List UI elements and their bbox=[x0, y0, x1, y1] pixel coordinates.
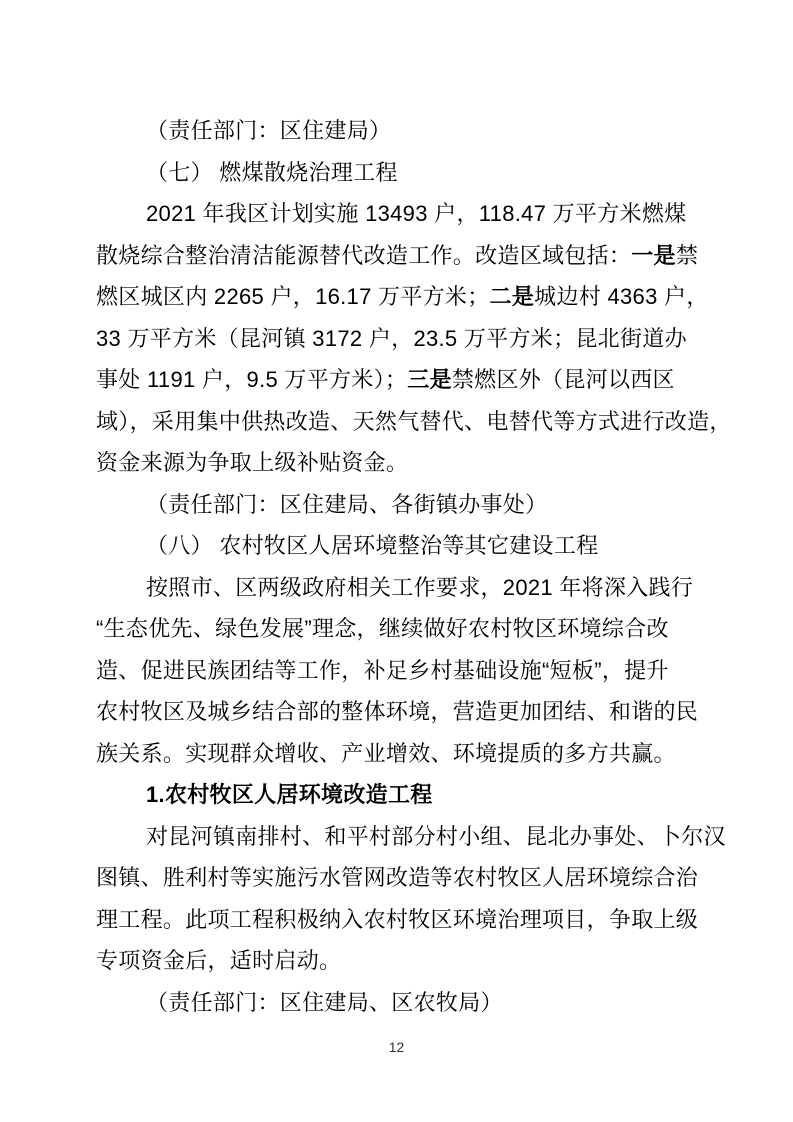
text-run: 按照市、区两级政府相关工作要求，2021 年将深入践行 bbox=[146, 575, 693, 600]
text-run: 城边村 4363 户， bbox=[534, 284, 708, 309]
responsible-dept-1: （责任部门：区住建局） bbox=[96, 110, 702, 152]
para-coal-burning-plan: 2021 年我区计划实施 13493 户，118.47 万平方米燃煤散烧综合整治… bbox=[96, 193, 702, 484]
text-line: 族关系。实现群众增收、产业增效、环境提质的多方共赢。 bbox=[96, 733, 702, 775]
text-run: 域），采用集中供热改造、天然气替代、电替代等方式进行改造， bbox=[96, 409, 732, 434]
document-page: （责任部门：区住建局）（七） 燃煤散烧治理工程2021 年我区计划实施 1349… bbox=[0, 0, 793, 1122]
text-run: 族关系。实现群众增收、产业增效、环境提质的多方共赢。 bbox=[96, 741, 676, 766]
responsible-dept-3: （责任部门：区住建局、区农牧局） bbox=[96, 982, 702, 1024]
text-line: （责任部门：区住建局、区农牧局） bbox=[96, 982, 702, 1024]
text-line: 资金来源为争取上级补贴资金。 bbox=[96, 442, 702, 484]
text-run: “生态优先、绿色发展”理念，继续做好农村牧区环境综合改 bbox=[96, 616, 669, 641]
text-run: 对昆河镇南排村、和平村部分村小组、昆北办事处、卜尔汉 bbox=[146, 824, 726, 849]
para-rural-environment-overview: 按照市、区两级政府相关工作要求，2021 年将深入践行“生态优先、绿色发展”理念… bbox=[96, 567, 702, 775]
emphasis-text-run: 一是 bbox=[631, 243, 676, 268]
text-run: （责任部门：区住建局） bbox=[146, 118, 391, 143]
text-run: 资金来源为争取上级补贴资金。 bbox=[96, 450, 408, 475]
para-sewage-network-renovation: 对昆河镇南排村、和平村部分村小组、昆北办事处、卜尔汉图镇、胜利村等实施污水管网改… bbox=[96, 816, 702, 982]
emphasis-text-run: 三是 bbox=[407, 367, 452, 392]
text-run: （八） 农村牧区人居环境整治等其它建设工程 bbox=[146, 533, 598, 558]
text-run: 理工程。此项工程积极纳入农村牧区环境治理项目，争取上级 bbox=[96, 907, 698, 932]
page-number: 12 bbox=[0, 1038, 793, 1056]
text-line: 图镇、胜利村等实施污水管网改造等农村牧区人居环境综合治 bbox=[96, 857, 702, 899]
text-line: 1.农村牧区人居环境改造工程 bbox=[96, 774, 702, 816]
text-run: 2021 年我区计划实施 13493 户，118.47 万平方米燃煤 bbox=[146, 201, 686, 226]
text-run: （责任部门：区住建局、各街镇办事处） bbox=[146, 492, 547, 517]
text-line: 理工程。此项工程积极纳入农村牧区环境治理项目，争取上级 bbox=[96, 899, 702, 941]
heading-section-8: （八） 农村牧区人居环境整治等其它建设工程 bbox=[96, 525, 702, 567]
text-run: 燃区城区内 2265 户，16.17 万平方米； bbox=[96, 284, 490, 309]
text-line: 专项资金后，适时启动。 bbox=[96, 940, 702, 982]
text-run: 事处 1191 户，9.5 万平方米）； bbox=[96, 367, 407, 392]
responsible-dept-2: （责任部门：区住建局、各街镇办事处） bbox=[96, 484, 702, 526]
text-line: 33 万平方米（昆河镇 3172 户，23.5 万平方米；昆北街道办 bbox=[96, 318, 702, 360]
text-run: 散烧综合整治清洁能源替代改造工作。改造区域包括： bbox=[96, 243, 631, 268]
text-line: 燃区城区内 2265 户，16.17 万平方米；二是城边村 4363 户， bbox=[96, 276, 702, 318]
heading-subproject-1: 1.农村牧区人居环境改造工程 bbox=[96, 774, 702, 816]
emphasis-text-run: 二是 bbox=[490, 284, 535, 309]
text-line: 农村牧区及城乡结合部的整体环境，营造更加团结、和谐的民 bbox=[96, 691, 702, 733]
text-line: 按照市、区两级政府相关工作要求，2021 年将深入践行 bbox=[96, 567, 702, 609]
text-run: （七） 燃煤散烧治理工程 bbox=[146, 160, 398, 185]
document-body: （责任部门：区住建局）（七） 燃煤散烧治理工程2021 年我区计划实施 1349… bbox=[96, 110, 702, 1023]
text-run: 33 万平方米（昆河镇 3172 户，23.5 万平方米；昆北街道办 bbox=[96, 326, 687, 351]
text-line: （七） 燃煤散烧治理工程 bbox=[96, 152, 702, 194]
text-line: 2021 年我区计划实施 13493 户，118.47 万平方米燃煤 bbox=[96, 193, 702, 235]
text-run: 造、促进民族团结等工作，补足乡村基础设施“短板”，提升 bbox=[96, 658, 669, 683]
heading-section-7: （七） 燃煤散烧治理工程 bbox=[96, 152, 702, 194]
text-line: 散烧综合整治清洁能源替代改造工作。改造区域包括：一是禁 bbox=[96, 235, 702, 277]
text-line: 事处 1191 户，9.5 万平方米）；三是禁燃区外（昆河以西区 bbox=[96, 359, 702, 401]
text-run: 禁燃区外（昆河以西区 bbox=[452, 367, 675, 392]
emphasis-text-run: 1.农村牧区人居环境改造工程 bbox=[146, 782, 433, 807]
text-line: “生态优先、绿色发展”理念，继续做好农村牧区环境综合改 bbox=[96, 608, 702, 650]
text-line: （责任部门：区住建局、各街镇办事处） bbox=[96, 484, 702, 526]
text-run: 专项资金后，适时启动。 bbox=[96, 948, 341, 973]
text-line: 域），采用集中供热改造、天然气替代、电替代等方式进行改造， bbox=[96, 401, 702, 443]
text-run: 农村牧区及城乡结合部的整体环境，营造更加团结、和谐的民 bbox=[96, 699, 698, 724]
text-line: （八） 农村牧区人居环境整治等其它建设工程 bbox=[96, 525, 702, 567]
text-line: 造、促进民族团结等工作，补足乡村基础设施“短板”，提升 bbox=[96, 650, 702, 692]
text-run: 禁 bbox=[676, 243, 698, 268]
text-line: （责任部门：区住建局） bbox=[96, 110, 702, 152]
text-line: 对昆河镇南排村、和平村部分村小组、昆北办事处、卜尔汉 bbox=[96, 816, 702, 858]
text-run: （责任部门：区住建局、区农牧局） bbox=[146, 990, 503, 1015]
text-run: 图镇、胜利村等实施污水管网改造等农村牧区人居环境综合治 bbox=[96, 865, 698, 890]
